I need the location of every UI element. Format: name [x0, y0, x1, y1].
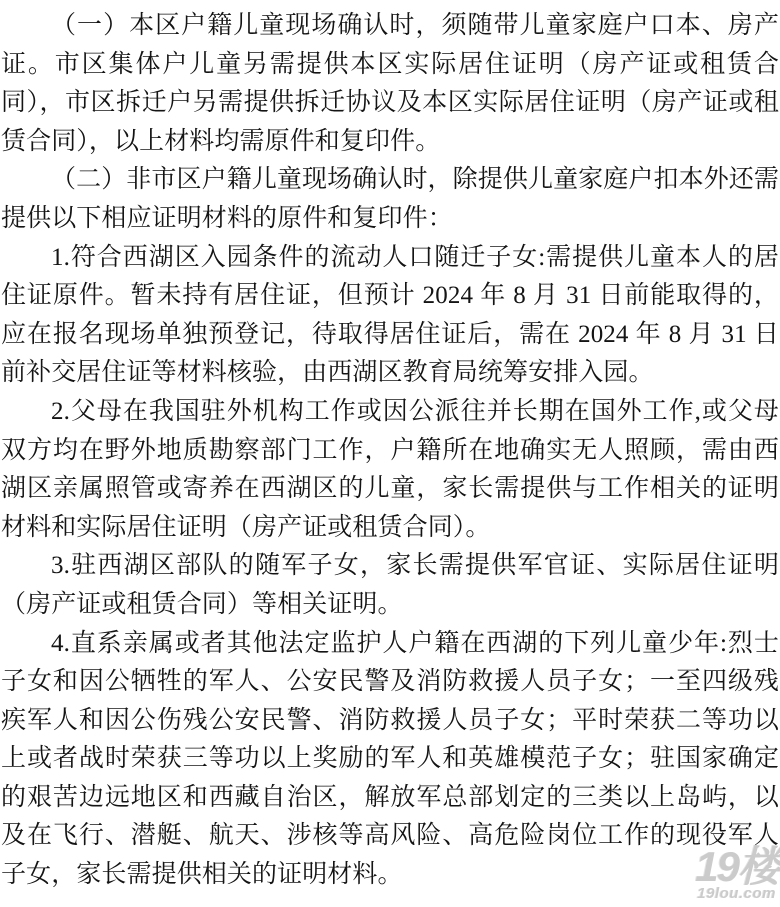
paragraph-item-1: 1.符合西湖区入园条件的流动人口随迁子女:需提供儿童本人的居住证原件。暂未持有居…	[1, 239, 779, 393]
document-body: （一）本区户籍儿童现场确认时，须随带儿童家庭户口本、房产证。市区集体户儿童另需提…	[0, 0, 780, 895]
paragraph-item-2: 2.父母在我国驻外机构工作或因公派往并长期在国外工作,或父母双方均在野外地质勘察…	[1, 393, 779, 547]
paragraph-item-4: 4.直系亲属或者其他法定监护人户籍在西湖的下列儿童少年:烈士子女和因公牺牲的军人…	[1, 625, 779, 895]
paragraph-section-2: （二）非市区户籍儿童现场确认时，除提供儿童家庭户扣本外还需提供以下相应证明材料的…	[1, 161, 779, 238]
paragraph-item-3: 3.驻西湖区部队的随军子女，家长需提供军官证、实际居住证明（房产证或租赁合同）等…	[1, 547, 779, 624]
paragraph-section-1: （一）本区户籍儿童现场确认时，须随带儿童家庭户口本、房产证。市区集体户儿童另需提…	[1, 7, 779, 161]
